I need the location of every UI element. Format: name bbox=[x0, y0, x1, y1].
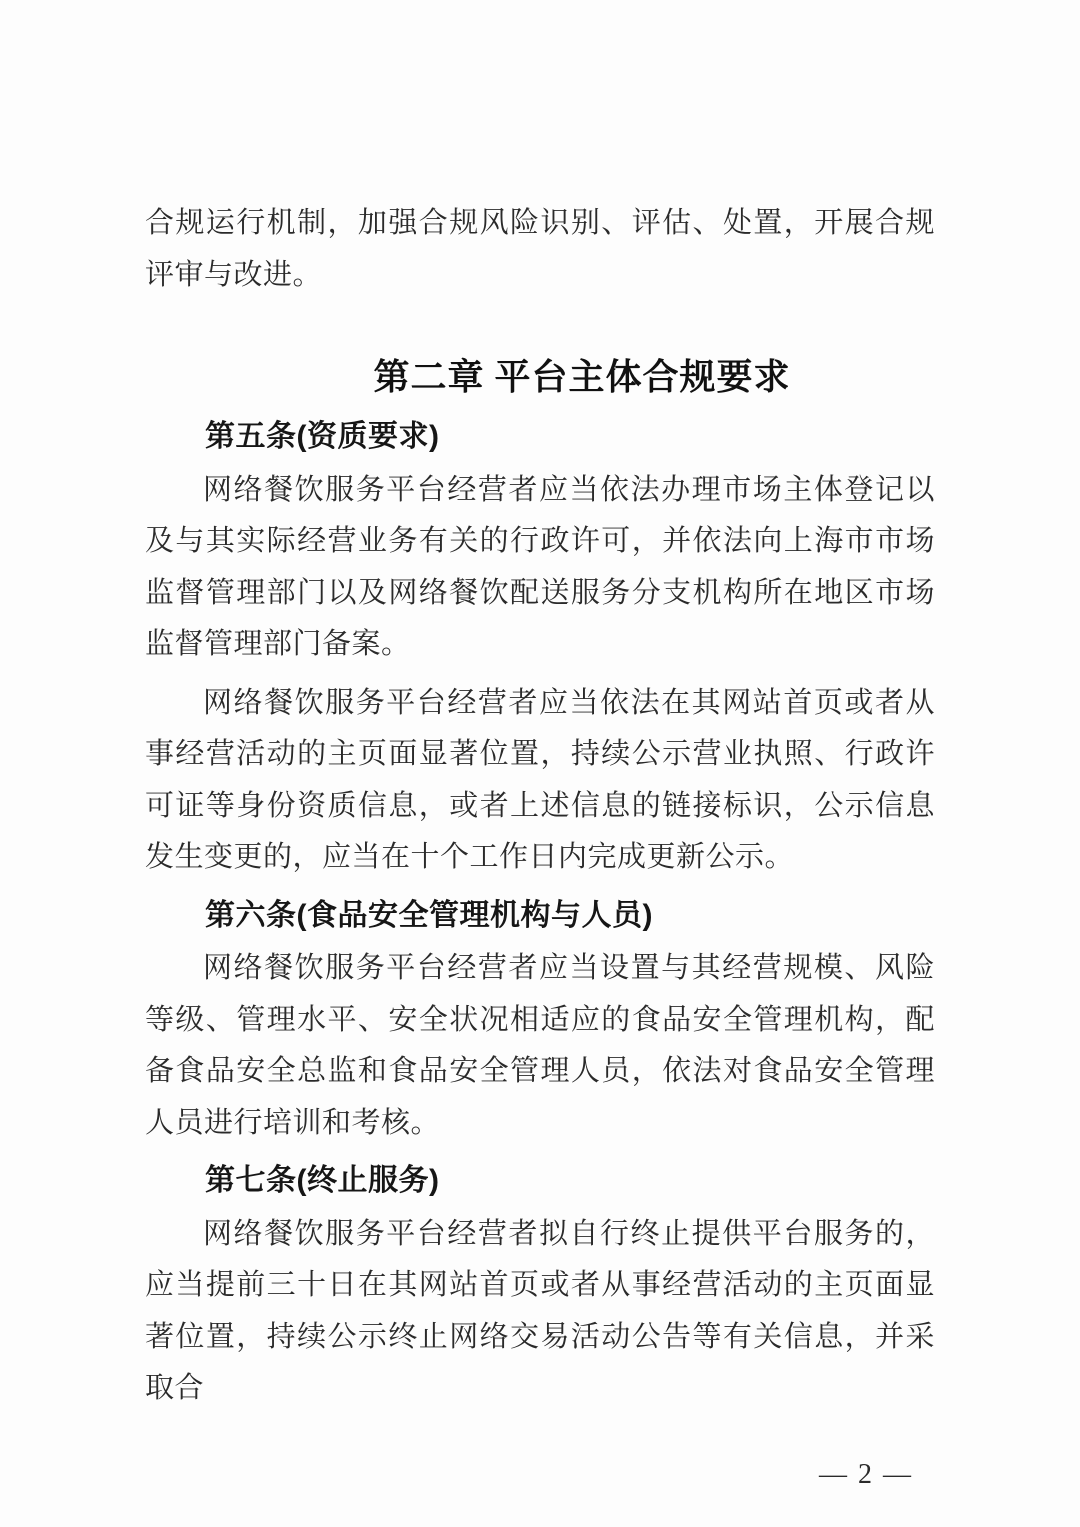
section-heading-article-6: 第六条(食品安全管理机构与人员) bbox=[145, 890, 935, 942]
paragraph-continuation: 合规运行机制，加强合规风险识别、评估、处置，开展合规评审与改进。 bbox=[145, 198, 935, 301]
page: 合规运行机制，加强合规风险识别、评估、处置，开展合规评审与改进。 第二章 平台主… bbox=[0, 0, 1080, 1527]
paragraph: 网络餐饮服务平台经营者拟自行终止提供平台服务的，应当提前三十日在其网站首页或者从… bbox=[145, 1209, 935, 1415]
paragraph: 网络餐饮服务平台经营者应当设置与其经营规模、风险等级、管理水平、安全状况相适应的… bbox=[145, 943, 935, 1149]
chapter-title: 第二章 平台主体合规要求 bbox=[229, 349, 935, 405]
paragraph: 网络餐饮服务平台经营者应当依法办理市场主体登记以及与其实际经营业务有关的行政许可… bbox=[145, 465, 935, 671]
page-number: — 2 — bbox=[145, 1455, 935, 1495]
section-heading-article-7: 第七条(终止服务) bbox=[145, 1155, 935, 1207]
scanned-document-page: { "page": { "number_label": "— 2 —" }, "… bbox=[0, 0, 1080, 1527]
section-heading-article-5: 第五条(资质要求) bbox=[145, 411, 935, 463]
paragraph: 网络餐饮服务平台经营者应当依法在其网站首页或者从事经营活动的主页面显著位置，持续… bbox=[145, 678, 935, 884]
